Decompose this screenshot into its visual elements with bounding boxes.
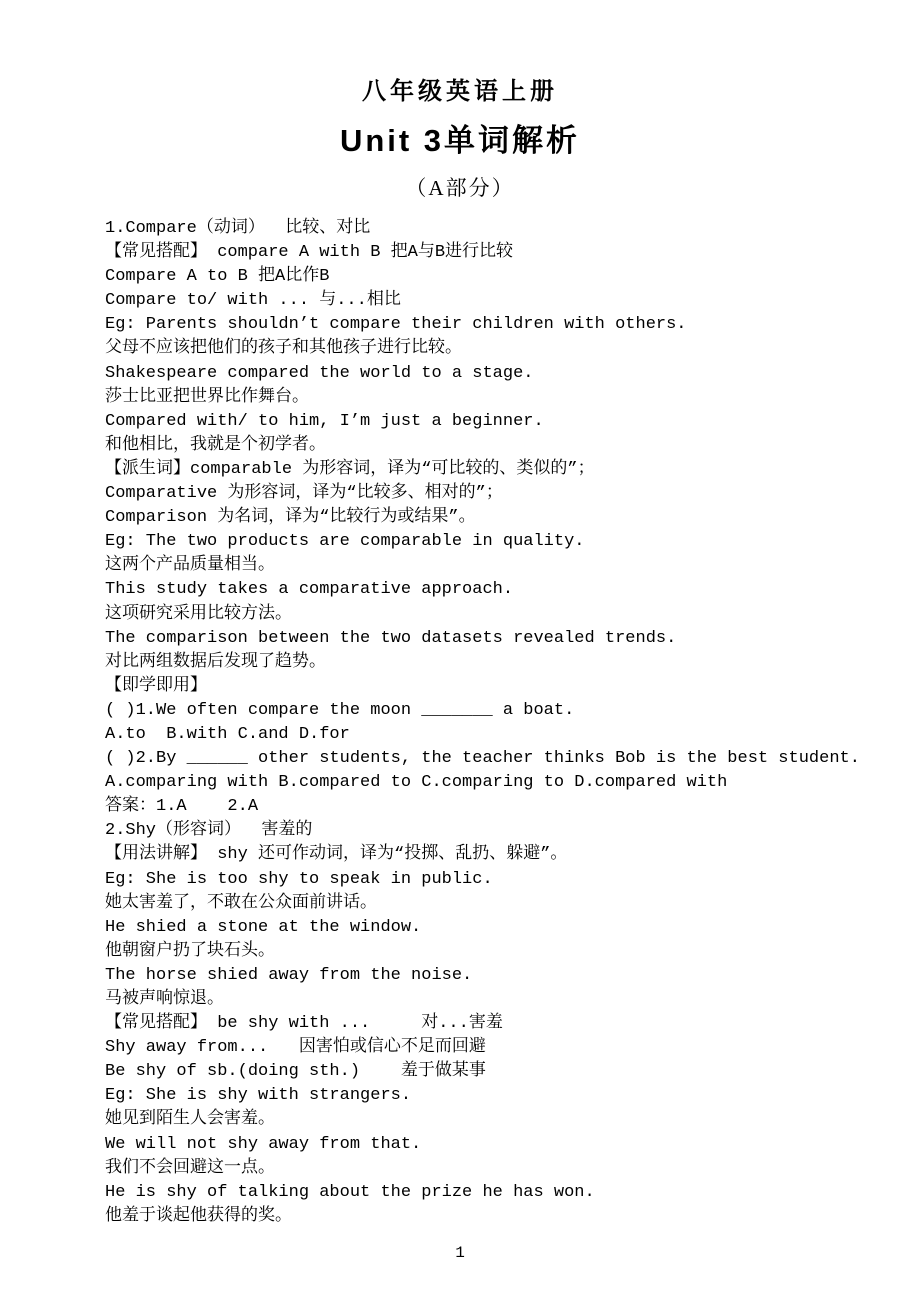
text-line: A.comparing with B.compared to C.compari… bbox=[105, 771, 890, 795]
series-title: 八年级英语上册 bbox=[0, 0, 920, 105]
document-body: 1.Compare（动词） 比较、对比【常见搭配】 compare A with… bbox=[105, 217, 890, 1229]
subtitle: （A部分） bbox=[0, 175, 920, 201]
text-line: 【派生词】comparable 为形容词，译为“可比较的、类似的”； bbox=[105, 458, 890, 482]
text-line: 【常见搭配】 compare A with B 把A与B进行比较 bbox=[105, 241, 890, 265]
text-line: The comparison between the two datasets … bbox=[105, 627, 890, 651]
page-number: 1 bbox=[0, 1241, 920, 1265]
text-line: 答案：1.A 2.A bbox=[105, 795, 890, 819]
text-line: Shakespeare compared the world to a stag… bbox=[105, 362, 890, 386]
text-line: Comparative 为形容词，译为“比较多、相对的”； bbox=[105, 482, 890, 506]
text-line: Shy away from... 因害怕或信心不足而回避 bbox=[105, 1036, 890, 1060]
text-line: 她见到陌生人会害羞。 bbox=[105, 1108, 890, 1132]
text-line: 我们不会回避这一点。 bbox=[105, 1157, 890, 1181]
text-line: 和他相比，我就是个初学者。 bbox=[105, 434, 890, 458]
text-line: Compare to/ with ... 与...相比 bbox=[105, 289, 890, 313]
text-line: A.to B.with C.and D.for bbox=[105, 723, 890, 747]
text-line: Eg: The two products are comparable in q… bbox=[105, 530, 890, 554]
text-line: 这项研究采用比较方法。 bbox=[105, 603, 890, 627]
text-line: The horse shied away from the noise. bbox=[105, 964, 890, 988]
text-line: 1.Compare（动词） 比较、对比 bbox=[105, 217, 890, 241]
text-line: 他朝窗户扔了块石头。 bbox=[105, 940, 890, 964]
text-line: Comparison 为名词，译为“比较行为或结果”。 bbox=[105, 506, 890, 530]
text-line: Eg: Parents shouldn’t compare their chil… bbox=[105, 313, 890, 337]
text-line: We will not shy away from that. bbox=[105, 1133, 890, 1157]
text-line: He is shy of talking about the prize he … bbox=[105, 1181, 890, 1205]
text-line: 对比两组数据后发现了趋势。 bbox=[105, 651, 890, 675]
text-line: Eg: She is too shy to speak in public. bbox=[105, 868, 890, 892]
text-line: Compare A to B 把A比作B bbox=[105, 265, 890, 289]
text-line: ( )2.By ______ other students, the teach… bbox=[105, 747, 890, 771]
text-line: He shied a stone at the window. bbox=[105, 916, 890, 940]
text-line: 莎士比亚把世界比作舞台。 bbox=[105, 386, 890, 410]
text-line: 这两个产品质量相当。 bbox=[105, 554, 890, 578]
text-line: Eg: She is shy with strangers. bbox=[105, 1084, 890, 1108]
text-line: Be shy of sb.(doing sth.) 羞于做某事 bbox=[105, 1060, 890, 1084]
text-line: 2.Shy（形容词） 害羞的 bbox=[105, 819, 890, 843]
main-title: Unit 3单词解析 bbox=[0, 123, 920, 159]
text-line: This study takes a comparative approach. bbox=[105, 578, 890, 602]
text-line: 父母不应该把他们的孩子和其他孩子进行比较。 bbox=[105, 337, 890, 361]
text-line: 她太害羞了，不敢在公众面前讲话。 bbox=[105, 892, 890, 916]
text-line: Compared with/ to him, I’m just a beginn… bbox=[105, 410, 890, 434]
text-line: 【用法讲解】 shy 还可作动词，译为“投掷、乱扔、躲避”。 bbox=[105, 843, 890, 867]
text-line: 他羞于谈起他获得的奖。 bbox=[105, 1205, 890, 1229]
text-line: 【常见搭配】 be shy with ... 对...害羞 bbox=[105, 1012, 890, 1036]
document-page: 八年级英语上册 Unit 3单词解析 （A部分） 1.Compare（动词） 比… bbox=[0, 0, 920, 1302]
text-line: 【即学即用】 bbox=[105, 675, 890, 699]
text-line: 马被声响惊退。 bbox=[105, 988, 890, 1012]
text-line: ( )1.We often compare the moon _______ a… bbox=[105, 699, 890, 723]
